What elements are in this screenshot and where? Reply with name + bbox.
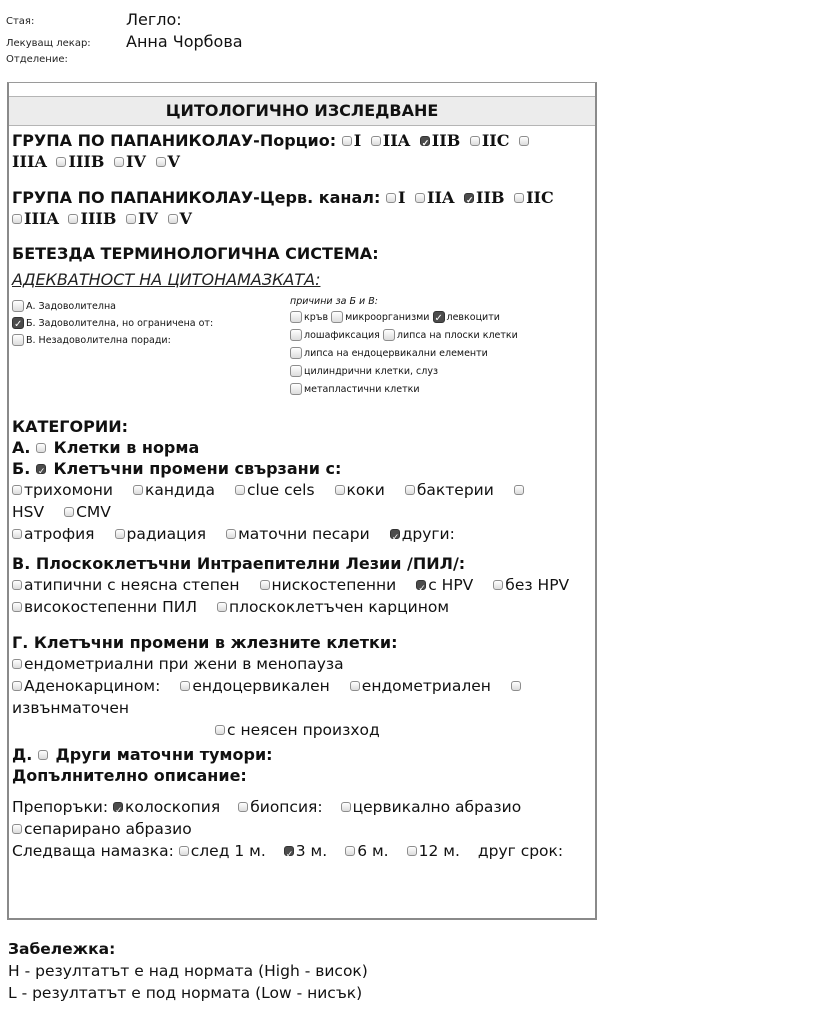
checkbox-icon[interactable] bbox=[168, 214, 178, 224]
reason-no-endocervical[interactable]: липса на ендоцервикални елементи bbox=[290, 345, 518, 363]
option-pessary[interactable]: маточни песари bbox=[226, 525, 370, 543]
recommendations-label: Препоръки: bbox=[12, 798, 108, 816]
checkbox-icon[interactable] bbox=[180, 681, 190, 691]
adequacy-options: А. Задоволителна Б. Задоволителна, но ог… bbox=[12, 298, 213, 349]
checkbox-checked-icon[interactable] bbox=[433, 311, 445, 323]
checkbox-checked-icon[interactable] bbox=[12, 317, 24, 329]
checkbox-icon[interactable] bbox=[383, 329, 395, 341]
option-candida[interactable]: кандида bbox=[133, 481, 215, 499]
checkbox-icon[interactable] bbox=[114, 157, 124, 167]
checkbox-checked-icon[interactable] bbox=[416, 580, 426, 590]
rec-biopsy[interactable]: биопсия: bbox=[238, 798, 322, 816]
note-low: L - резултатът е под нормата (Low - нисъ… bbox=[8, 982, 368, 1004]
option-with-hpv[interactable]: с HPV bbox=[416, 576, 473, 594]
reason-metaplastic[interactable]: метапластични клетки bbox=[290, 381, 518, 399]
reason-microorganisms[interactable]: микроорганизми bbox=[331, 312, 429, 323]
papanicolaou-canal-label: ГРУПА ПО ПАПАНИКОЛАУ-Церв. канал: bbox=[12, 188, 380, 207]
checkbox-icon[interactable] bbox=[12, 334, 24, 346]
option-without-hpv[interactable]: без HPV bbox=[493, 576, 569, 594]
cytology-form: ЦИТОЛОГИЧНО ИЗСЛЕДВАНЕ ГРУПА ПО ПАПАНИКО… bbox=[7, 82, 597, 920]
reason-blood[interactable]: кръв bbox=[290, 312, 328, 323]
pap-canal-option-i[interactable]: I bbox=[386, 188, 405, 207]
adequacy-section: А. Задоволителна Б. Задоволителна, но ог… bbox=[12, 294, 592, 412]
note-high: H - резултатът е над нормата (High - вис… bbox=[8, 960, 368, 982]
next-smear-6m[interactable]: 6 м. bbox=[345, 842, 388, 860]
option-atrophy[interactable]: атрофия bbox=[12, 525, 95, 543]
checkbox-icon[interactable] bbox=[64, 507, 74, 517]
reasons-caption: причини за Б и В: bbox=[290, 294, 518, 309]
note-title: Забележка: bbox=[8, 938, 368, 960]
checkbox-icon[interactable] bbox=[179, 846, 189, 856]
checkbox-icon[interactable] bbox=[407, 846, 417, 856]
checkbox-icon[interactable] bbox=[290, 329, 302, 341]
checkbox-icon[interactable] bbox=[514, 485, 524, 495]
form-title: ЦИТОЛОГИЧНО ИЗСЛЕДВАНЕ bbox=[9, 97, 595, 126]
option-high-grade[interactable]: високостепенни ПИЛ bbox=[12, 598, 197, 616]
reason-leukocytes[interactable]: левкоцити bbox=[433, 312, 500, 323]
doctor-label: Лекуващ лекар: bbox=[6, 38, 91, 49]
category-d[interactable]: Д. Други маточни тумори: bbox=[12, 744, 592, 765]
checkbox-icon[interactable] bbox=[215, 725, 225, 735]
category-b[interactable]: Б. Клетъчни промени свързани с: bbox=[12, 458, 592, 479]
rec-colposcopy[interactable]: колоскопия bbox=[113, 798, 220, 816]
checkbox-icon[interactable] bbox=[519, 136, 529, 146]
category-a[interactable]: А. Клетки в норма bbox=[12, 437, 592, 458]
pap-portio-option-iiib[interactable]: IIIB bbox=[56, 152, 104, 171]
checkbox-icon[interactable] bbox=[335, 485, 345, 495]
checkbox-icon[interactable] bbox=[371, 136, 381, 146]
adequacy-option-b[interactable]: Б. Задоволителна, но ограничена от: bbox=[12, 315, 213, 332]
checkbox-icon[interactable] bbox=[341, 802, 351, 812]
legend-note: Забележка: H - резултатът е над нормата … bbox=[8, 938, 368, 1004]
papanicolaou-portio-label: ГРУПА ПО ПАПАНИКОЛАУ-Порцио: bbox=[12, 131, 336, 150]
checkbox-icon[interactable] bbox=[12, 602, 22, 612]
next-smear-3m[interactable]: 3 м. bbox=[284, 842, 327, 860]
option-cmv[interactable]: CMV bbox=[64, 503, 111, 521]
option-extrauterine[interactable]: извънматочен bbox=[12, 699, 129, 717]
option-cocci[interactable]: коки bbox=[335, 481, 385, 499]
checkbox-checked-icon[interactable] bbox=[420, 136, 430, 146]
category-b-options: трихомоникандидаclue celsкокибактерии HS… bbox=[12, 479, 592, 545]
department-label: Отделение: bbox=[6, 54, 68, 65]
recommendations-section: Препоръки: колоскопиябиопсия:цервикално … bbox=[12, 796, 592, 862]
rec-separate-abrasion[interactable]: сепарирано абразио bbox=[12, 820, 192, 838]
checkbox-icon[interactable] bbox=[133, 485, 143, 495]
checkbox-icon[interactable] bbox=[331, 311, 343, 323]
categories-title: КАТЕГОРИИ: bbox=[12, 416, 592, 437]
pap-portio-option-i[interactable]: I bbox=[342, 131, 361, 150]
checkbox-icon[interactable] bbox=[12, 214, 22, 224]
reasons-options: причини за Б и В: кръв микроорганизми ле… bbox=[290, 294, 518, 399]
pap-portio-option-iiia[interactable]: IIIA bbox=[12, 152, 47, 171]
pap-portio-option-v[interactable]: V bbox=[156, 152, 180, 171]
reason-poor-fixation[interactable]: лошафиксация bbox=[290, 330, 380, 341]
pap-canal-option-iiia[interactable]: IIIA bbox=[12, 209, 59, 228]
checkbox-icon[interactable] bbox=[36, 443, 46, 453]
option-trichomonas[interactable]: трихомони bbox=[12, 481, 113, 499]
checkbox-icon[interactable] bbox=[511, 681, 521, 691]
pap-canal-option-iib[interactable]: IIB bbox=[464, 188, 505, 207]
option-other[interactable]: други: bbox=[390, 525, 455, 543]
next-smear-other: друг срок: bbox=[478, 842, 563, 860]
checkbox-icon[interactable] bbox=[470, 136, 480, 146]
additional-description-title: Допълнително описание: bbox=[12, 765, 592, 786]
checkbox-icon[interactable] bbox=[38, 750, 48, 760]
reason-cylindrical-mucus[interactable]: цилиндрични клетки, слуз bbox=[290, 363, 518, 381]
checkbox-icon[interactable] bbox=[342, 136, 352, 146]
category-v-options: атипични с неясна степеннискостепеннис H… bbox=[12, 574, 592, 618]
option-bacteria[interactable]: бактерии bbox=[405, 481, 494, 499]
checkbox-icon[interactable] bbox=[12, 485, 22, 495]
pap-canal-option-v[interactable]: V bbox=[168, 209, 192, 228]
checkbox-icon[interactable] bbox=[235, 485, 245, 495]
checkbox-icon[interactable] bbox=[493, 580, 503, 590]
checkbox-icon[interactable] bbox=[290, 347, 302, 359]
adequacy-option-v[interactable]: В. Незадоволителна поради: bbox=[12, 332, 213, 349]
checkbox-checked-icon[interactable] bbox=[464, 193, 474, 203]
checkbox-checked-icon[interactable] bbox=[390, 529, 400, 539]
doctor-name: Анна Чорбова bbox=[126, 32, 243, 51]
next-smear-12m[interactable]: 12 м. bbox=[407, 842, 460, 860]
checkbox-icon[interactable] bbox=[260, 580, 270, 590]
option-endometrial-menopause[interactable]: ендометриални при жени в менопауза bbox=[12, 655, 344, 673]
adequacy-title: АДЕКВАТНОСТ НА ЦИТОНАМАЗКАТА: bbox=[12, 270, 592, 290]
option-squamous-carcinoma[interactable]: плоскоклетъчен карцином bbox=[217, 598, 449, 616]
option-extrauterine-checkbox[interactable] bbox=[511, 677, 523, 695]
checkbox-icon[interactable] bbox=[12, 659, 22, 669]
option-adenocarcinoma[interactable]: Аденокарцином: bbox=[12, 677, 160, 695]
bed-label: Легло: bbox=[126, 10, 182, 29]
option-hsv[interactable]: HSV bbox=[12, 503, 44, 521]
option-unknown-origin[interactable]: с неясен произход bbox=[215, 721, 380, 739]
pap-portio-option-iic[interactable]: IIC bbox=[470, 131, 510, 150]
checkbox-icon[interactable] bbox=[345, 846, 355, 856]
checkbox-icon[interactable] bbox=[56, 157, 66, 167]
checkbox-checked-icon[interactable] bbox=[113, 802, 123, 812]
reason-no-squamous-cells[interactable]: липса на плоски клетки bbox=[383, 330, 518, 341]
checkbox-icon[interactable] bbox=[405, 485, 415, 495]
checkbox-icon[interactable] bbox=[12, 824, 22, 834]
option-hsv-checkbox[interactable] bbox=[514, 481, 526, 499]
checkbox-icon[interactable] bbox=[290, 311, 302, 323]
pap-portio-option-iia[interactable]: IIA bbox=[371, 131, 410, 150]
checkbox-icon[interactable] bbox=[68, 214, 78, 224]
checkbox-icon[interactable] bbox=[415, 193, 425, 203]
pap-portio-option-iv[interactable]: IV bbox=[114, 152, 146, 171]
option-clue-cells[interactable]: clue cels bbox=[235, 481, 315, 499]
papanicolaou-canal-group: ГРУПА ПО ПАПАНИКОЛАУ-Церв. канал: I IIA … bbox=[12, 187, 592, 229]
option-atypical[interactable]: атипични с неясна степен bbox=[12, 576, 240, 594]
rec-cervical-abrasion[interactable]: цервикално абразио bbox=[341, 798, 522, 816]
category-g-options: ендометриални при жени в менопауза Адено… bbox=[12, 653, 592, 741]
adequacy-option-a[interactable]: А. Задоволителна bbox=[12, 298, 213, 315]
papanicolaou-portio-group: ГРУПА ПО ПАПАНИКОЛАУ-Порцио: I IIA IIB I… bbox=[12, 130, 592, 172]
category-v-title: В. Плоскоклетъчни Интраепителни Лезии /П… bbox=[12, 553, 592, 574]
checkbox-checked-icon[interactable] bbox=[36, 464, 46, 474]
room-label: Стая: bbox=[6, 16, 34, 27]
checkbox-icon[interactable] bbox=[514, 193, 524, 203]
checkbox-icon[interactable] bbox=[12, 580, 22, 590]
pap-canal-option-iia[interactable]: IIA bbox=[415, 188, 454, 207]
next-smear-label: Следваща намазка: bbox=[12, 842, 174, 860]
bethesda-title: БЕТЕЗДА ТЕРМИНОЛОГИЧНА СИСТЕМА: bbox=[12, 244, 592, 264]
option-radiation[interactable]: радиация bbox=[115, 525, 207, 543]
checkbox-icon[interactable] bbox=[12, 300, 24, 312]
checkbox-icon[interactable] bbox=[115, 529, 125, 539]
checkbox-checked-icon[interactable] bbox=[284, 846, 294, 856]
pap-portio-option-iib[interactable]: IIB bbox=[420, 131, 461, 150]
option-endocervical[interactable]: ендоцервикален bbox=[180, 677, 329, 695]
checkbox-icon[interactable] bbox=[290, 383, 302, 395]
checkbox-icon[interactable] bbox=[350, 681, 360, 691]
pap-canal-option-iv[interactable]: IV bbox=[126, 209, 158, 228]
next-smear-1m[interactable]: след 1 м. bbox=[179, 842, 266, 860]
category-g-title: Г. Клетъчни промени в жлезните клетки: bbox=[12, 632, 592, 653]
pap-canal-option-iiib[interactable]: IIIB bbox=[68, 209, 116, 228]
pap-canal-option-iic[interactable]: IIC bbox=[514, 188, 554, 207]
checkbox-icon[interactable] bbox=[12, 529, 22, 539]
checkbox-icon[interactable] bbox=[126, 214, 136, 224]
checkbox-icon[interactable] bbox=[12, 681, 22, 691]
option-low-grade[interactable]: нискостепенни bbox=[260, 576, 397, 594]
checkbox-icon[interactable] bbox=[217, 602, 227, 612]
checkbox-icon[interactable] bbox=[226, 529, 236, 539]
checkbox-icon[interactable] bbox=[290, 365, 302, 377]
checkbox-icon[interactable] bbox=[156, 157, 166, 167]
checkbox-icon[interactable] bbox=[238, 802, 248, 812]
checkbox-icon[interactable] bbox=[386, 193, 396, 203]
option-endometrial[interactable]: ендометриален bbox=[350, 677, 491, 695]
